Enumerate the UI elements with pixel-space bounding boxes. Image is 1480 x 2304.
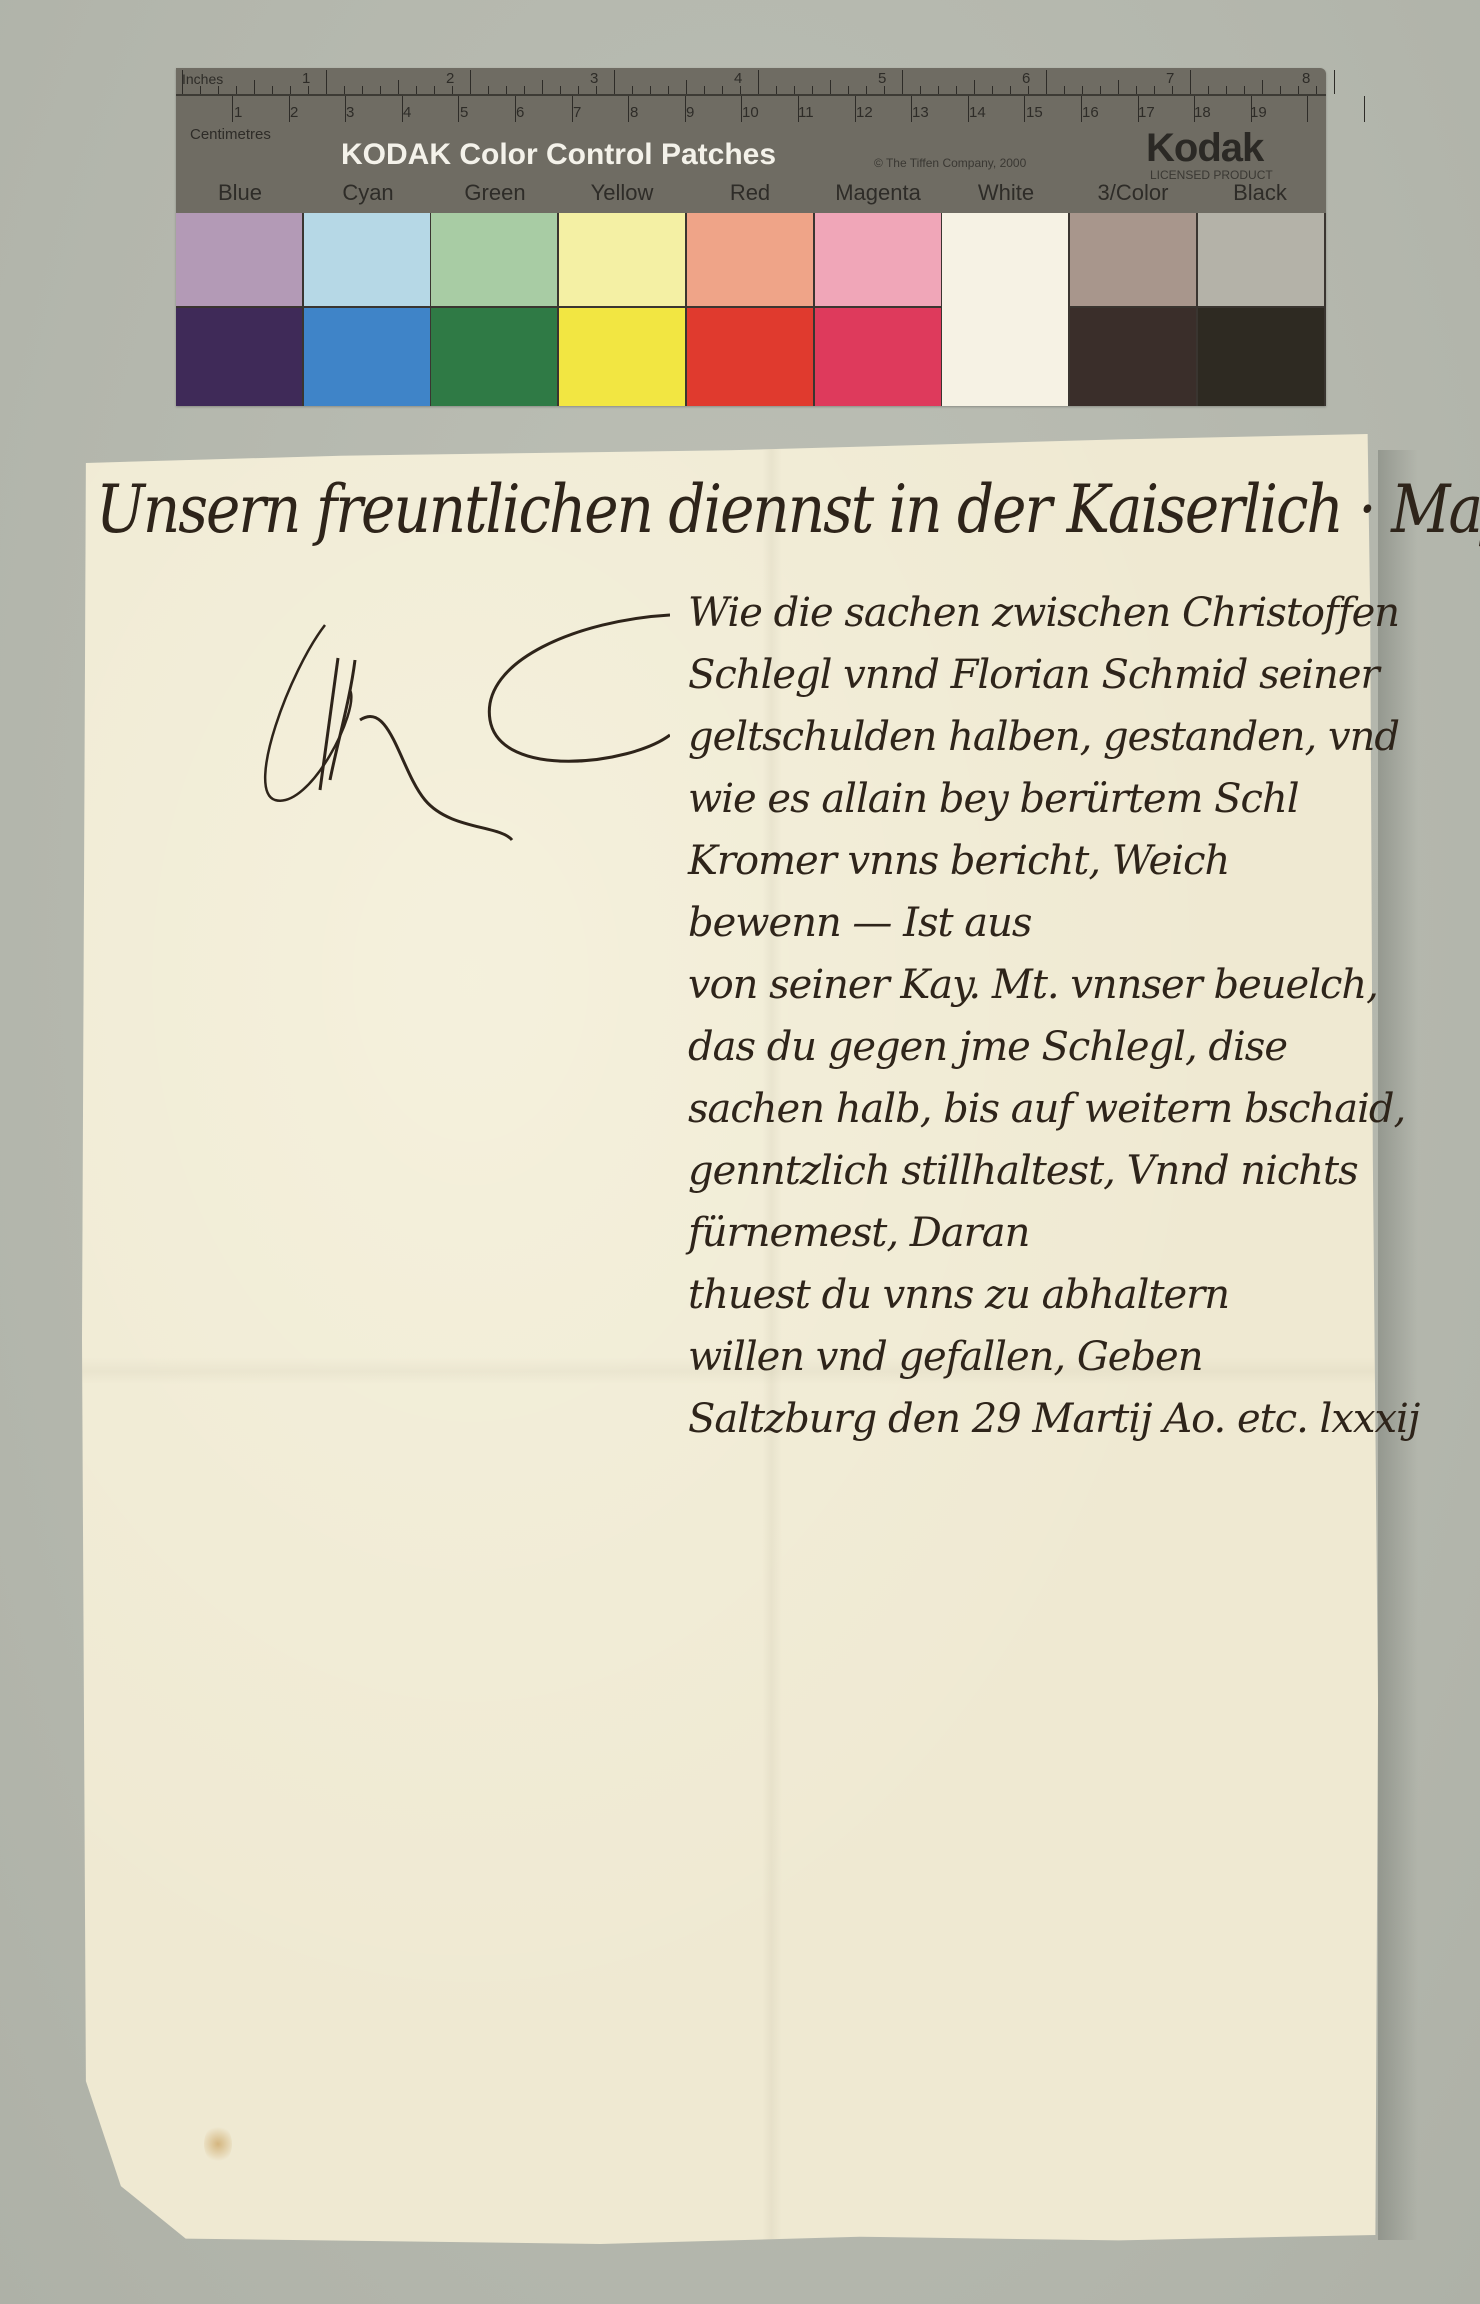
- cm-mark: 19: [1250, 104, 1267, 121]
- patch-label-red: Red: [686, 180, 814, 206]
- letter-line: wie es allain bey berürtem Schl: [688, 776, 1299, 822]
- letter-line: willen vnd gefallen, Geben: [688, 1334, 1203, 1380]
- inch-mark: 7: [1166, 70, 1174, 87]
- patch-label-magenta: Magenta: [814, 180, 942, 206]
- patch-light-green: [431, 213, 559, 308]
- color-patches: [176, 213, 1326, 406]
- patch-labels: Blue Cyan Green Yellow Red Magenta White…: [176, 180, 1326, 206]
- color-control-chart: Inches 1 2 3 4 5 6 7 8 1 2 3 4 5 6 7 8 9…: [176, 68, 1326, 406]
- cm-label: Centimetres: [190, 126, 271, 143]
- patch-label-green: Green: [431, 180, 559, 206]
- patch-light-3color: [1070, 213, 1198, 308]
- patch-light-magenta: [815, 213, 943, 308]
- cm-mark: 16: [1082, 104, 1099, 121]
- letter-line: Kromer vnns bericht, Weich: [688, 838, 1229, 884]
- patch-light-red: [687, 213, 815, 308]
- cm-mark: 1: [234, 104, 242, 121]
- letter-line: Saltzburg den 29 Martij Ao. etc. lxxxij: [688, 1396, 1419, 1442]
- letter-line: geltschulden halben, gestanden, vnd: [688, 714, 1399, 760]
- inch-mark: 4: [734, 70, 742, 87]
- cm-mark: 5: [460, 104, 468, 121]
- patch-dark-yellow: [559, 308, 687, 406]
- kodak-logo: Kodak: [1146, 126, 1263, 171]
- patch-label-cyan: Cyan: [304, 180, 432, 206]
- letter-line: sachen halb, bis auf weitern bschaid,: [688, 1086, 1405, 1132]
- cm-mark: 9: [686, 104, 694, 121]
- inch-mark: 6: [1022, 70, 1030, 87]
- patch-label-3color: 3/Color: [1069, 180, 1197, 206]
- cm-mark: 12: [856, 104, 873, 121]
- cm-mark: 15: [1026, 104, 1043, 121]
- letter-line: von seiner Kay. Mt. vnnser beuelch,: [688, 962, 1378, 1008]
- patch-label-white: White: [942, 180, 1070, 206]
- patch-light-blue: [176, 213, 304, 308]
- cm-mark: 11: [798, 104, 814, 121]
- letter-line: fürnemest, Daran: [688, 1210, 1029, 1256]
- letter-line: Schlegl vnnd Florian Schmid seiner: [688, 652, 1379, 698]
- cm-mark: 10: [742, 104, 759, 121]
- patch-light-cyan: [304, 213, 432, 308]
- patch-dark-3color: [1070, 308, 1198, 406]
- inch-label: Inches: [182, 71, 223, 87]
- cm-mark: 18: [1194, 104, 1211, 121]
- chart-title: KODAK Color Control Patches: [341, 138, 776, 172]
- cm-mark: 7: [573, 104, 581, 121]
- patch-white: [942, 213, 1070, 406]
- patch-label-black: Black: [1196, 180, 1324, 206]
- letter-line: genntzlich stillhaltest, Vnnd nichts: [688, 1148, 1358, 1194]
- cm-mark: 8: [630, 104, 638, 121]
- inch-mark: 1: [302, 70, 310, 87]
- copyright-notice: © The Tiffen Company, 2000: [874, 156, 1026, 170]
- stain: [204, 2124, 232, 2164]
- patch-light-black: [1198, 213, 1326, 308]
- patch-dark-cyan: [304, 308, 432, 406]
- cm-mark: 17: [1138, 104, 1155, 121]
- patch-dark-red: [687, 308, 815, 406]
- inch-mark: 2: [446, 70, 454, 87]
- cm-mark: 6: [516, 104, 524, 121]
- cm-mark: 4: [403, 104, 411, 121]
- patch-dark-green: [431, 308, 559, 406]
- letter-line: bewenn — Ist aus: [688, 900, 1031, 946]
- patch-dark-black: [1198, 308, 1326, 406]
- letter-line: Wie die sachen zwischen Christoffen: [688, 590, 1399, 636]
- patch-light-yellow: [559, 213, 687, 308]
- inch-mark: 8: [1302, 70, 1310, 87]
- cm-mark: 2: [290, 104, 298, 121]
- salutation-line: Unsern freuntlichen diennst in der Kaise…: [96, 470, 1480, 548]
- letter-line: das du gegen jme Schlegl, dise: [688, 1024, 1287, 1070]
- monogram-flourish-icon: [250, 600, 670, 870]
- cm-mark: 3: [346, 104, 354, 121]
- inch-mark: 5: [878, 70, 886, 87]
- patch-label-yellow: Yellow: [558, 180, 686, 206]
- cm-mark: 14: [969, 104, 986, 121]
- inch-mark: 3: [590, 70, 598, 87]
- patch-dark-blue: [176, 308, 304, 406]
- patch-dark-magenta: [815, 308, 943, 406]
- cm-mark: 13: [912, 104, 929, 121]
- patch-label-blue: Blue: [176, 180, 304, 206]
- letter-line: thuest du vnns zu abhaltern: [688, 1272, 1229, 1318]
